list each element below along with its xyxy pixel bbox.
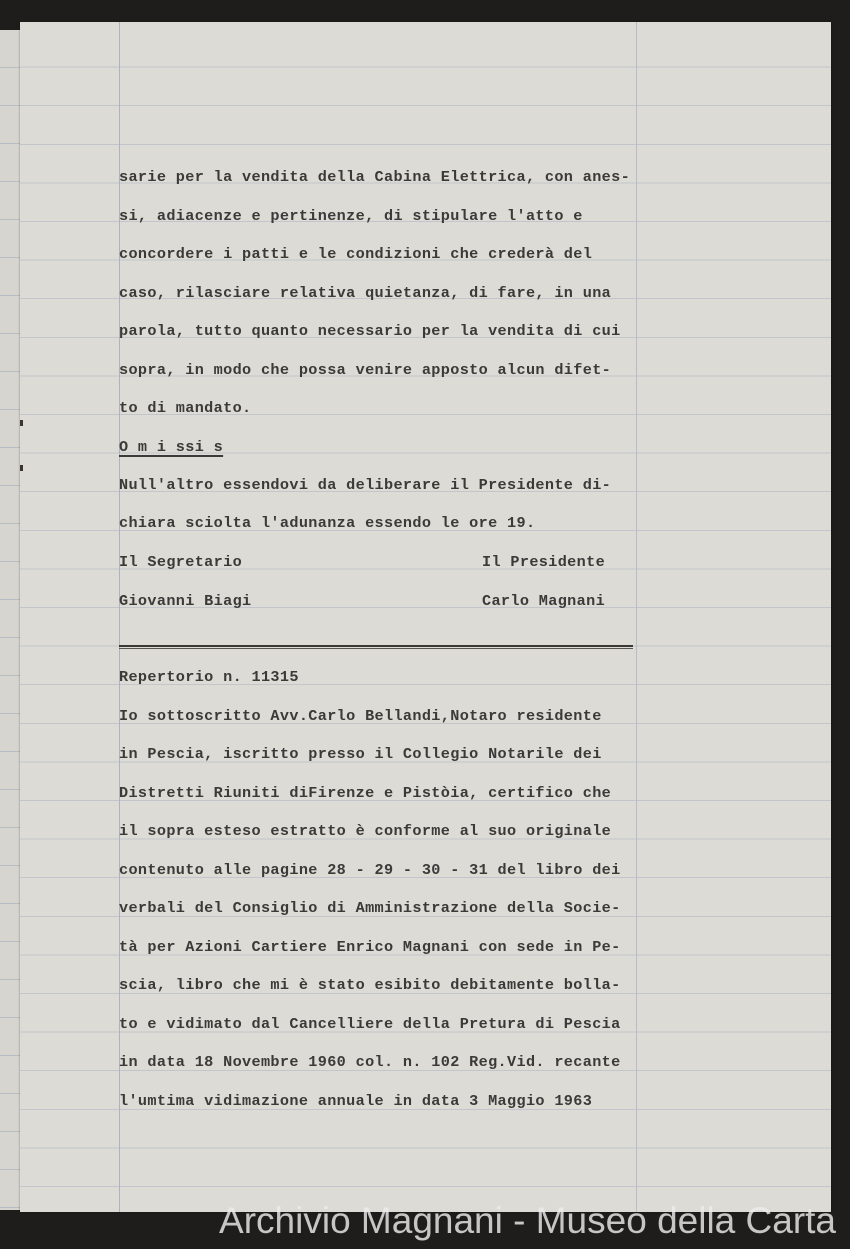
body-line: to di mandato.	[119, 399, 252, 417]
staple-mark-top	[20, 420, 23, 426]
section-divider-rule	[119, 645, 633, 649]
certification-line: Distretti Riuniti diFirenze e Pistòia, c…	[119, 784, 611, 802]
staple-mark-bottom	[20, 465, 23, 471]
body-line: parola, tutto quanto necessario per la v…	[119, 322, 621, 340]
body-line: sarie per la vendita della Cabina Elettr…	[119, 168, 630, 186]
certification-line: l'umtima vidimazione annuale in data 3 M…	[119, 1092, 592, 1110]
repertorio-number: Repertorio n. 11315	[119, 668, 299, 686]
signature-left-name: Giovanni Biagi	[119, 592, 252, 610]
body-line: concordere i patti e le condizioni che c…	[119, 245, 592, 263]
certification-line: Io sottoscritto Avv.Carlo Bellandi,Notar…	[119, 707, 602, 725]
signature-left-title: Il Segretario	[119, 553, 242, 571]
certification-line: scia, libro che mi è stato esibito debit…	[119, 976, 621, 994]
signature-right-title: Il Presidente	[482, 553, 605, 571]
body-line: sopra, in modo che possa venire apposto …	[119, 361, 611, 379]
closing-line: Null'altro essendovi da deliberare il Pr…	[119, 476, 611, 494]
certification-line: in Pescia, iscritto presso il Collegio N…	[119, 745, 602, 763]
omissis-heading: O m i ssi s	[119, 438, 223, 456]
closing-line: chiara sciolta l'adunanza essendo le ore…	[119, 514, 535, 532]
document-page	[20, 22, 831, 1212]
body-line: si, adiacenze e pertinenze, di stipulare…	[119, 207, 583, 225]
certification-line: il sopra esteso estratto è conforme al s…	[119, 822, 611, 840]
archive-watermark: Archivio Magnani - Museo della Carta	[0, 1200, 850, 1242]
signature-right-name: Carlo Magnani	[482, 592, 605, 610]
certification-line: to e vidimato dal Cancelliere della Pret…	[119, 1015, 621, 1033]
certification-line: tà per Azioni Cartiere Enrico Magnani co…	[119, 938, 621, 956]
certification-line: contenuto alle pagine 28 - 29 - 30 - 31 …	[119, 861, 621, 879]
body-line: caso, rilasciare relativa quietanza, di …	[119, 284, 611, 302]
certification-line: verbali del Consiglio di Amministrazione…	[119, 899, 621, 917]
certification-line: in data 18 Novembre 1960 col. n. 102 Reg…	[119, 1053, 621, 1071]
